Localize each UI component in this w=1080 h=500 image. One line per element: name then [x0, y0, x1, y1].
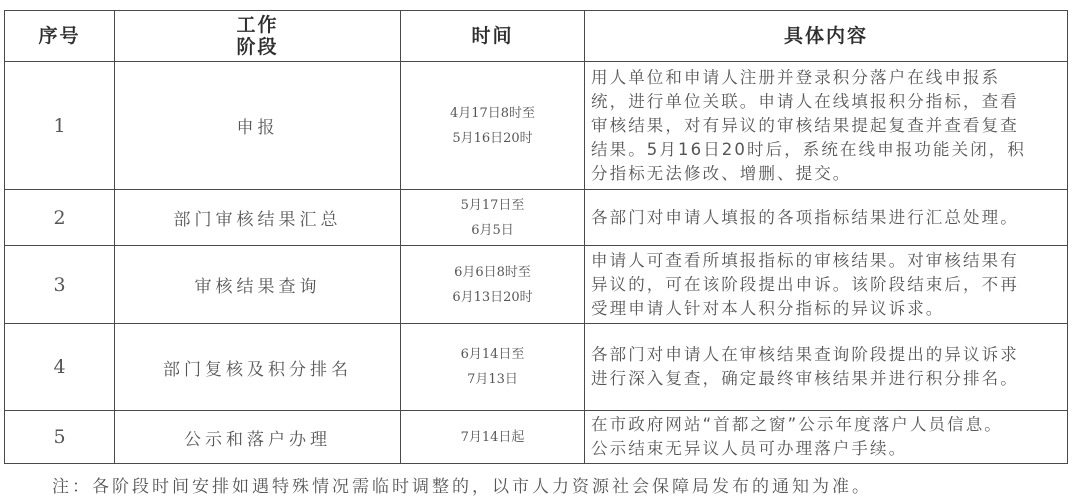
table-row: 2 部门审核结果汇总 5月17日至 6月5日 各部门对申请人填报的各项指标结果进… — [5, 190, 1068, 246]
cell-content: 在市政府网站“首都之窗”公示年度落户人员信息。 公示结束无异议人员可办理落户手续… — [585, 411, 1068, 464]
content-line: 异议的，可在该阶段提出申诉。该阶段结束后，不再 — [591, 273, 1063, 297]
time-start: 6月14日至 — [401, 342, 584, 367]
cell-seq: 5 — [5, 411, 115, 464]
time-end: 6月5日 — [401, 218, 584, 243]
header-stage-line2: 阶段 — [115, 36, 400, 58]
cell-stage: 审核结果查询 — [115, 246, 401, 324]
cell-seq: 3 — [5, 246, 115, 324]
content-line: 各部门对申请人填报的各项指标结果进行汇总处理。 — [591, 206, 1063, 230]
content-line: 审核结果，对有异议的审核结果提起复查并查看复查 — [591, 114, 1063, 138]
content-line: 在市政府网站“首都之窗”公示年度落户人员信息。 — [591, 413, 1063, 437]
time-end: 7月13日 — [401, 367, 584, 392]
cell-content: 各部门对申请人在审核结果查询阶段提出的异议诉求 进行深入复查，确定最终审核结果并… — [585, 324, 1068, 411]
header-stage: 工作 阶段 — [115, 11, 401, 62]
cell-seq: 2 — [5, 190, 115, 246]
content-line: 用人单位和申请人注册并登录积分落户在线申报系 — [591, 66, 1063, 90]
content-line: 统，进行单位关联。申请人在线填报积分指标，查看 — [591, 90, 1063, 114]
cell-content: 申请人可查看所填报指标的审核结果。对审核结果有 异议的，可在该阶段提出申诉。该阶… — [585, 246, 1068, 324]
cell-time: 7月14日起 — [401, 411, 585, 464]
header-content: 具体内容 — [585, 11, 1068, 62]
time-end: 5月16日20时 — [401, 126, 584, 151]
time-start: 7月14日起 — [401, 425, 584, 450]
content-line: 各部门对申请人在审核结果查询阶段提出的异议诉求 — [591, 343, 1063, 367]
content-line: 申请人可查看所填报指标的审核结果。对审核结果有 — [591, 249, 1063, 273]
footnote: 注：各阶段时间安排如遇特殊情况需临时调整的，以市人力资源社会保障局发布的通知为准… — [52, 472, 872, 497]
cell-time: 6月6日8时至 6月13日20时 — [401, 246, 585, 324]
table-header-row: 序号 工作 阶段 时间 具体内容 — [5, 11, 1068, 62]
header-seq: 序号 — [5, 11, 115, 62]
cell-seq: 1 — [5, 62, 115, 190]
header-time: 时间 — [401, 11, 585, 62]
cell-content: 各部门对申请人填报的各项指标结果进行汇总处理。 — [585, 190, 1068, 246]
cell-time: 4月17日8时至 5月16日20时 — [401, 62, 585, 190]
cell-stage: 部门审核结果汇总 — [115, 190, 401, 246]
cell-stage: 申报 — [115, 62, 401, 190]
schedule-table-container: 序号 工作 阶段 时间 具体内容 1 申报 4月17日8时至 5月16日20时 … — [4, 10, 1067, 464]
content-line: 进行深入复查，确定最终审核结果并进行积分排名。 — [591, 367, 1063, 391]
content-line: 公示结束无异议人员可办理落户手续。 — [591, 437, 1063, 461]
content-line: 分指标无法修改、增删、提交。 — [591, 162, 1063, 186]
table-row: 1 申报 4月17日8时至 5月16日20时 用人单位和申请人注册并登录积分落户… — [5, 62, 1068, 190]
cell-time: 6月14日至 7月13日 — [401, 324, 585, 411]
table-row: 4 部门复核及积分排名 6月14日至 7月13日 各部门对申请人在审核结果查询阶… — [5, 324, 1068, 411]
table-row: 3 审核结果查询 6月6日8时至 6月13日20时 申请人可查看所填报指标的审核… — [5, 246, 1068, 324]
header-stage-line1: 工作 — [115, 14, 400, 36]
time-start: 5月17日至 — [401, 193, 584, 218]
cell-stage: 部门复核及积分排名 — [115, 324, 401, 411]
content-line: 受理申请人针对本人积分指标的异议诉求。 — [591, 297, 1063, 321]
table-row: 5 公示和落户办理 7月14日起 在市政府网站“首都之窗”公示年度落户人员信息。… — [5, 411, 1068, 464]
cell-content: 用人单位和申请人注册并登录积分落户在线申报系 统，进行单位关联。申请人在线填报积… — [585, 62, 1068, 190]
cell-time: 5月17日至 6月5日 — [401, 190, 585, 246]
time-end: 6月13日20时 — [401, 285, 584, 310]
cell-seq: 4 — [5, 324, 115, 411]
schedule-table: 序号 工作 阶段 时间 具体内容 1 申报 4月17日8时至 5月16日20时 … — [4, 10, 1068, 464]
cell-stage: 公示和落户办理 — [115, 411, 401, 464]
content-line: 结果。5月16日20时后，系统在线申报功能关闭，积 — [591, 138, 1063, 162]
time-start: 6月6日8时至 — [401, 260, 584, 285]
time-start: 4月17日8时至 — [401, 101, 584, 126]
